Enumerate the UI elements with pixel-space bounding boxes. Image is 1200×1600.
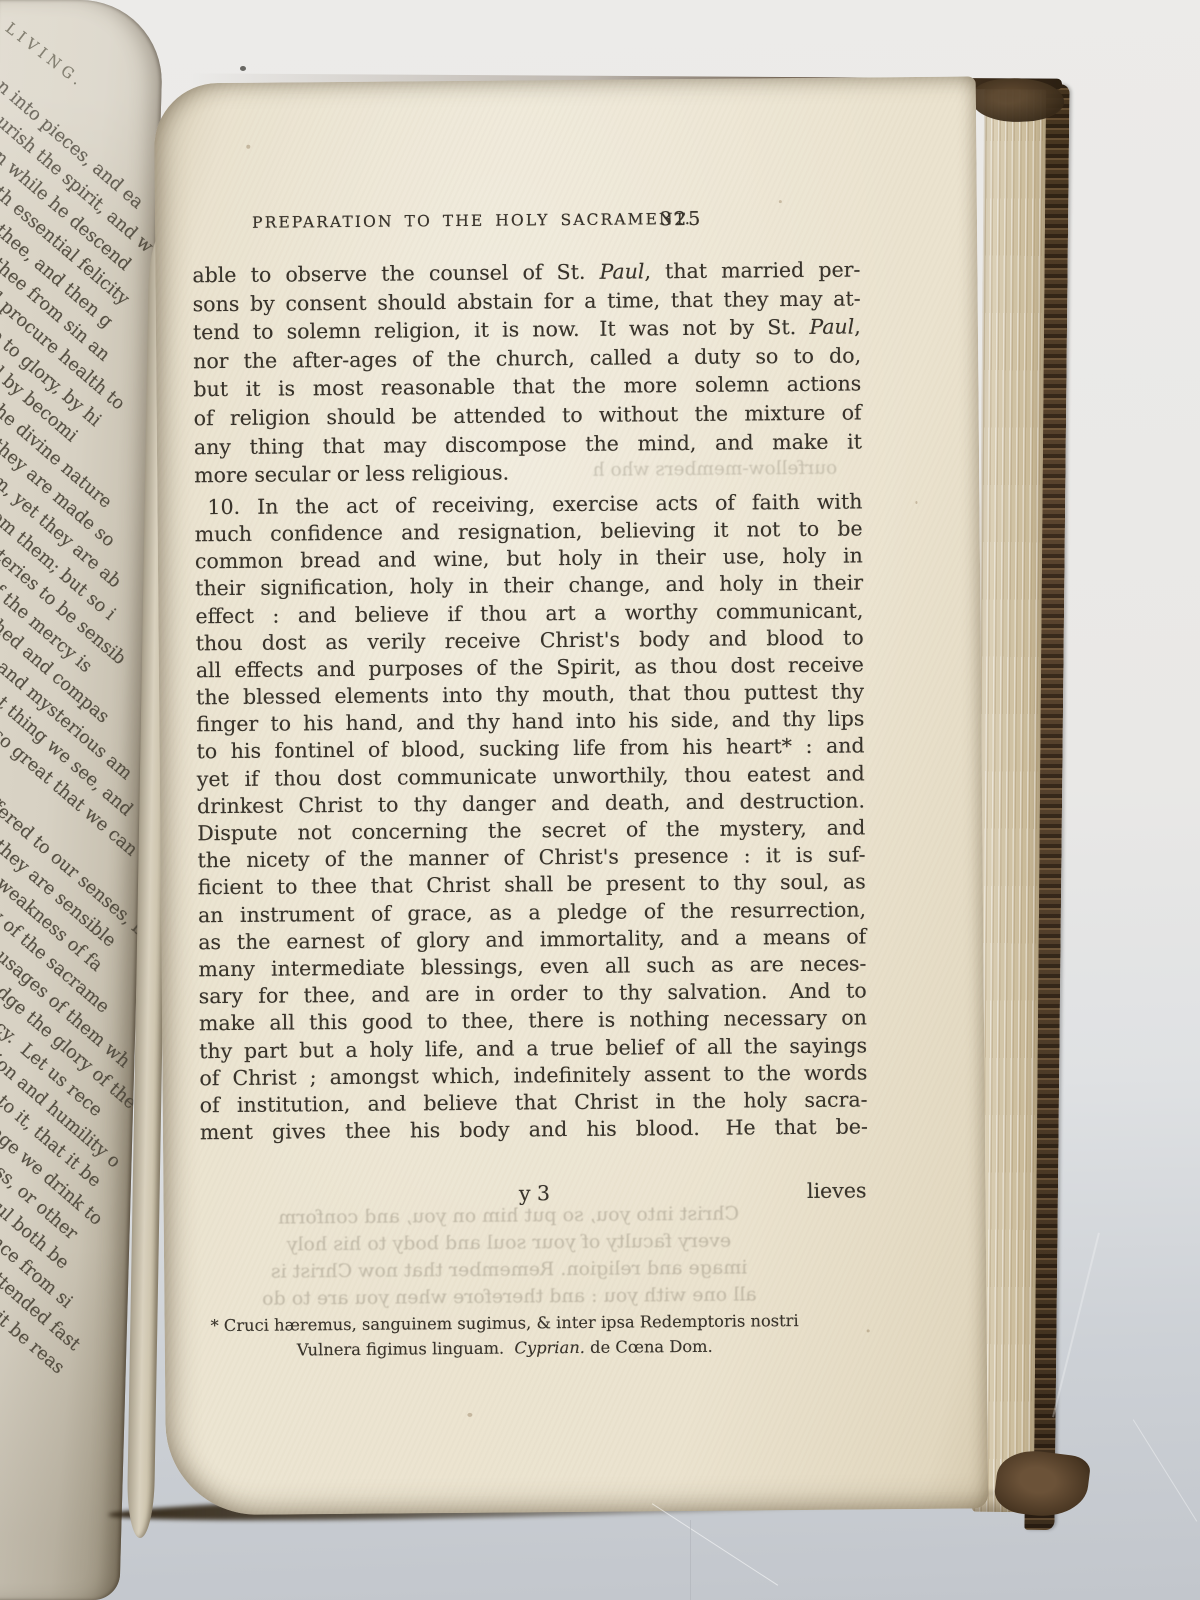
show-through-text-block: Christ into you, so put him on you, and … [194,1200,825,1313]
text-line: mentgivestheehisbodyandhisblood. Hethatb… [200,1113,868,1146]
paper-speck [779,200,782,203]
paper-speck [915,501,917,504]
footnote: * Cruci hæremus, sanguinem sugimus, & in… [165,1308,845,1364]
left-page-text-line: gh they are made so [0,411,164,695]
left-page-running-header: Y LIVING. [0,4,89,92]
photo-of-open-antique-book: Y LIVING. ken into pieces, and eanourish… [0,0,1200,1600]
left-page-text-line: hath essential felicity [0,163,164,447]
background-fleck [240,66,246,71]
left-page-text-line: ken into pieces, and ea [0,57,164,341]
left-page-text-line: and by becomi [0,340,164,624]
running-header: PREPARATION TO THE HOLY SACRAMENT. 325 [192,208,860,240]
paragraph-1: abletoobservethecounselofSt.Paul,thatmar… [192,255,862,490]
left-page-text-line: hee to glory, by hi [0,304,164,588]
paper-speck [467,1413,472,1417]
left-page-text-line: m thee from sin an [0,234,164,518]
left-page-text-line: ven while he descend [0,127,164,411]
page-number: 325 [660,208,702,230]
text-line: ofreligionshouldbeattendedtowithoutthemi… [194,398,862,432]
right-page: PREPARATION TO THE HOLY SACRAMENT. 325 a… [154,76,988,1515]
paper-speck [246,145,250,149]
left-page-text-line: athom them; but so i [0,481,164,765]
left-page-text-line: or thee, and then g [0,198,164,482]
left-page-text-line: nourish the spirit, and w [0,92,164,376]
paragraph-2: 10.Intheactofreceiving,exerciseactsoffai… [194,488,868,1146]
left-page-text-line: them, yet they are ab [0,446,164,730]
text-column: abletoobservethecounselofSt.Paul,thatmar… [192,255,868,1214]
left-page-text-line: of the divine nature [0,375,164,659]
background-scratch [690,1520,691,1600]
show-through-text-line: ourfellow-members who h [392,458,837,483]
paper-speck [867,1329,870,1332]
text-line: sonsbyconsentshouldabstainforatime,thatt… [193,284,861,318]
text-line: ofinstitution,andbelievethatChristintheh… [200,1086,868,1119]
left-page-text-line: uld procure health to [0,269,164,553]
